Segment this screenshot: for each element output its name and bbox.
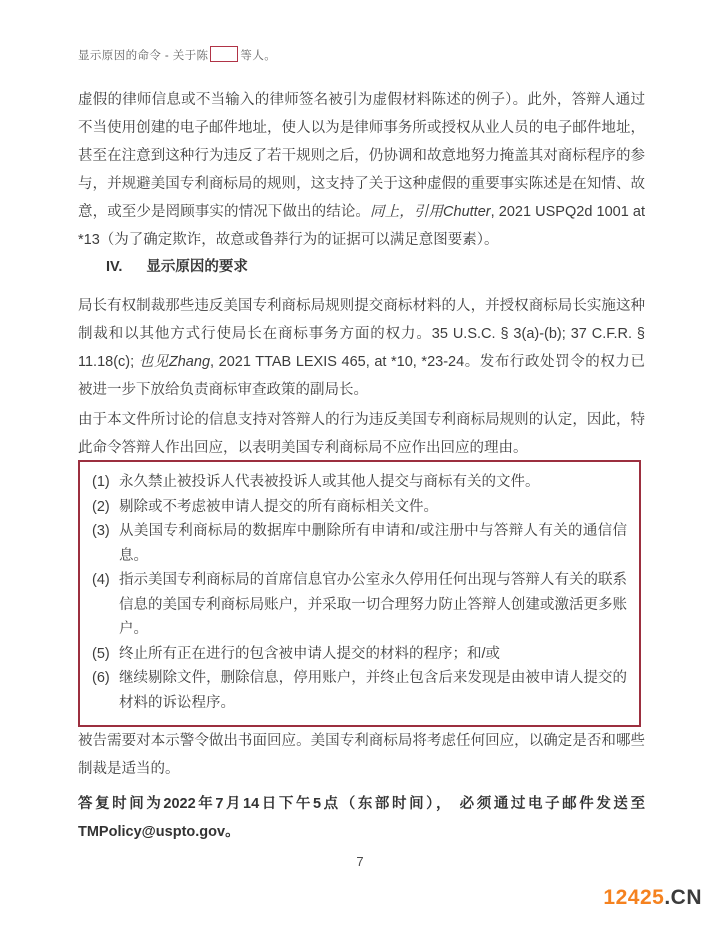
sanctions-box: (1) 永久禁止被投诉人代表被投诉人或其他人提交与商标有关的文件。 (2) 剔除… (78, 460, 641, 727)
section-number: IV. (106, 259, 122, 275)
page-number: 7 (0, 854, 720, 869)
sanction-item: (4) 指示美国专利商标局的首席信息官办公室永久停用任何出现与答辩人有关的联系信… (92, 568, 627, 642)
paragraph-authority: 局长有权制裁那些违反美国专利商标局规则提交商标材料的人，并授权商标局长实施这种制… (78, 292, 645, 404)
document-page: 显示原因的命令 - 关于陈等人。 虚假的律师信息或不当输入的律师签名被引为虚假材… (0, 0, 720, 931)
sanction-item-number: (4) (92, 568, 119, 642)
sanction-item: (5) 终止所有正在进行的包含被申请人提交的材料的程序；和/或 (92, 642, 627, 667)
p1-case-citation: 同上，引用Chutter (370, 204, 491, 220)
redaction-box (210, 46, 238, 62)
sanction-item-text: 指示美国专利商标局的首席信息官办公室永久停用任何出现与答辩人有关的联系信息的美国… (119, 568, 627, 642)
deadline-text: 答复时间为2022年7月14日下午5点（东部时间）， 必须通过电子邮件发送至 (78, 796, 645, 812)
page-header: 显示原因的命令 - 关于陈等人。 (78, 46, 276, 63)
paragraph-response-requirement: 被告需要对本示警令做出书面回应。美国专利商标局将考虑任何回应，以确定是否和哪些制… (78, 727, 645, 783)
sanction-item-text: 永久禁止被投诉人代表被投诉人或其他人提交与商标有关的文件。 (119, 470, 627, 495)
paragraph-order-to-respond: 由于本文件所讨论的信息支持对答辩人的行为违反美国专利商标局规则的认定，因此，特此… (78, 406, 645, 462)
watermark-number: 12425 (603, 886, 664, 909)
p1-main-text: 虚假的律师信息或不当输入的律师签名被引为虚假材料陈述的例子）。此外，答辩人通过不… (78, 92, 645, 220)
sanction-item-text: 剔除或不考虑被申请人提交的所有商标相关文件。 (119, 495, 627, 520)
sanction-item-text: 从美国专利商标局的数据库中删除所有申请和/或注册中与答辩人有关的通信信息。 (119, 519, 627, 568)
section-heading: IV.显示原因的要求 (106, 255, 248, 276)
sanction-item-number: (6) (92, 666, 119, 715)
sanction-item-number: (3) (92, 519, 119, 568)
sanction-item: (6) 继续剔除文件，删除信息，停用账户，并终止包含后来发现是由被申请人提交的材… (92, 666, 627, 715)
sanction-item: (3) 从美国专利商标局的数据库中删除所有申请和/或注册中与答辩人有关的通信信息… (92, 519, 627, 568)
sanction-item-text: 终止所有正在进行的包含被申请人提交的材料的程序；和/或 (119, 642, 627, 667)
sentence-end: 。 (225, 824, 240, 840)
sanction-item-number: (5) (92, 642, 119, 667)
header-title-suffix: 等人。 (240, 50, 276, 62)
sanction-item: (1) 永久禁止被投诉人代表被投诉人或其他人提交与商标有关的文件。 (92, 470, 627, 495)
p2-case-citation: 也见Zhang (139, 354, 210, 370)
section-title: 显示原因的要求 (146, 259, 248, 275)
watermark-domain: .CN (664, 886, 702, 909)
watermark: 12425.CN (603, 886, 702, 910)
paragraph-deadline: 答复时间为2022年7月14日下午5点（东部时间）， 必须通过电子邮件发送至TM… (78, 790, 645, 846)
sanction-item: (2) 剔除或不考虑被申请人提交的所有商标相关文件。 (92, 495, 627, 520)
paragraph-misconduct-findings: 虚假的律师信息或不当输入的律师签名被引为虚假材料陈述的例子）。此外，答辩人通过不… (78, 86, 645, 254)
sanction-item-text: 继续剔除文件，删除信息，停用账户，并终止包含后来发现是由被申请人提交的材料的诉讼… (119, 666, 627, 715)
sanction-item-number: (1) (92, 470, 119, 495)
email-address: TMPolicy@uspto.gov (78, 824, 225, 840)
header-title-prefix: 显示原因的命令 - 关于陈 (78, 50, 208, 62)
sanction-item-number: (2) (92, 495, 119, 520)
